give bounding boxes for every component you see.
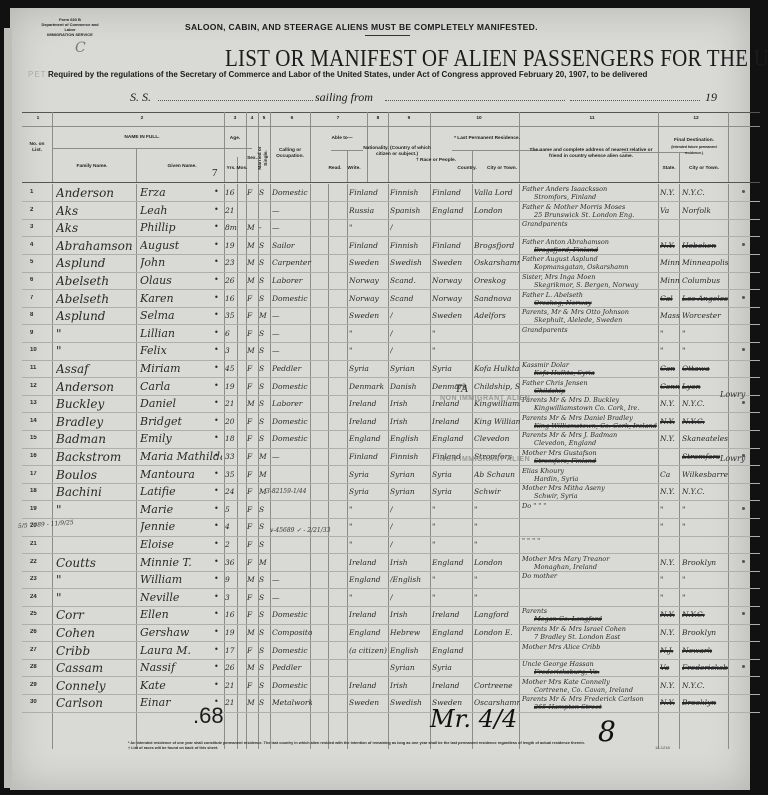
cell-sex: F bbox=[247, 593, 257, 602]
cell-state: " bbox=[660, 505, 680, 514]
cell-country: Finland bbox=[432, 188, 472, 197]
cell-sex: M bbox=[247, 258, 257, 267]
cell-relative: Mother Mrs Mary Treanor bbox=[522, 555, 657, 563]
cell-relative: Father Anton Abrahamson bbox=[522, 238, 657, 246]
cell-ms: S bbox=[259, 434, 269, 443]
row-dot-mark: • bbox=[214, 469, 219, 478]
cell-no: 8 bbox=[30, 312, 50, 318]
cell-race: Spanish bbox=[390, 206, 430, 215]
cell-country: England bbox=[432, 434, 472, 443]
cell-country: Syria bbox=[432, 364, 472, 373]
cell-dest: " bbox=[682, 346, 728, 355]
row-dot-mark: • bbox=[214, 205, 219, 214]
header-family-name: Family Name. bbox=[62, 164, 122, 170]
cell-relative: Grandparents bbox=[522, 326, 657, 334]
cell-ms: M bbox=[259, 558, 269, 567]
cell-relative-address: Monaghan, Ireland bbox=[534, 563, 597, 571]
cell-sex: F bbox=[247, 522, 257, 531]
cell-sex: F bbox=[247, 505, 257, 514]
cell-dest: Ottawa bbox=[682, 364, 728, 373]
cell-no: 24 bbox=[30, 594, 50, 600]
cell-sex: F bbox=[247, 540, 257, 549]
cell-city: Clevedon bbox=[474, 434, 520, 443]
cell-city: " bbox=[474, 575, 520, 584]
table-row: 28CassamNassif26MSPeddlerSyrianSyriaUncl… bbox=[22, 659, 760, 677]
cell-age: 3 bbox=[225, 593, 245, 602]
cell-relative: Father Chris Jensen bbox=[522, 379, 657, 387]
table-row: 19"Marie5FS"/""Do " " """• bbox=[22, 501, 760, 519]
cell-ms: S bbox=[259, 698, 269, 707]
cell-sex: M bbox=[247, 241, 257, 250]
port-field bbox=[385, 100, 565, 101]
cell-relative-address: Kingwilliamstown Co. Cork, Ire. bbox=[534, 404, 639, 412]
cell-country: Norway bbox=[432, 276, 472, 285]
cell-family: Cassam bbox=[56, 661, 136, 675]
cell-family: Badman bbox=[56, 432, 136, 446]
cell-age: 24 bbox=[225, 487, 245, 496]
cell-family: Connely bbox=[56, 679, 136, 693]
cell-sex: F bbox=[247, 610, 257, 619]
cell-occupation: — bbox=[272, 223, 312, 232]
cell-occupation: Domestic bbox=[272, 294, 312, 303]
row-dot-mark: • bbox=[214, 328, 219, 337]
cell-sex: F bbox=[247, 487, 257, 496]
col-num-6: 6 bbox=[282, 116, 302, 122]
cell-relative: Parents Mr & Mrs Israel Cohen bbox=[522, 625, 657, 633]
cell-age: 20 bbox=[225, 417, 245, 426]
header-age: Age. bbox=[226, 136, 244, 142]
cell-no: 9 bbox=[30, 330, 50, 336]
cell-occupation: Domestic bbox=[272, 434, 312, 443]
cell-city: Kofa Hulkta bbox=[474, 364, 520, 373]
cell-city: " bbox=[474, 505, 520, 514]
lowry-note-1: Lowry bbox=[720, 390, 745, 399]
cell-race: Irish bbox=[390, 417, 430, 426]
table-row: 8AsplundSelma35FM—Sweden/SwedenAdelforsP… bbox=[22, 307, 760, 325]
cell-family: " bbox=[56, 591, 136, 605]
cell-state: Va bbox=[660, 206, 680, 215]
cell-dest: " bbox=[682, 329, 728, 338]
cell-city: Valla Lord bbox=[474, 188, 520, 197]
cell-relative: Uncle George Hassan bbox=[522, 660, 657, 668]
header-city: City or Town. bbox=[482, 166, 522, 172]
cell-dest: Skaneateles bbox=[682, 434, 728, 443]
cell-ms: S bbox=[259, 399, 269, 408]
row-dot-mark: • bbox=[214, 557, 219, 566]
cell-relative: Parents, Mr & Mrs Otto Johnson bbox=[522, 308, 657, 316]
cell-age: 21 bbox=[225, 681, 245, 690]
cell-state: Cal bbox=[660, 294, 680, 303]
cell-age: 16 bbox=[225, 294, 245, 303]
cell-no: 29 bbox=[30, 682, 50, 688]
cell-country: England bbox=[432, 646, 472, 655]
cell-country: Finland bbox=[432, 241, 472, 250]
cell-occupation: Compositor bbox=[272, 628, 312, 637]
cell-relative-address: Schwir, Syria bbox=[534, 492, 578, 500]
cell-age: 26 bbox=[225, 663, 245, 672]
cell-age: 36 bbox=[225, 558, 245, 567]
banner: SALOON, CABIN, AND STEERAGE ALIENS MUST … bbox=[185, 22, 538, 32]
cell-state: Ca bbox=[660, 470, 680, 479]
cell-state: " bbox=[660, 346, 680, 355]
cell-nationality: Finland bbox=[349, 188, 389, 197]
cell-city: Adelfors bbox=[474, 311, 520, 320]
table-row: 29ConnelyKate21FSDomesticIrelandIrishIre… bbox=[22, 677, 760, 695]
cell-family: Abelseth bbox=[56, 274, 136, 288]
cell-ms: M bbox=[259, 311, 269, 320]
cell-city: Oreskog bbox=[474, 276, 520, 285]
cell-dest: Brooklyn bbox=[682, 558, 728, 567]
cell-sex: F bbox=[247, 311, 257, 320]
cell-age: 16 bbox=[225, 188, 245, 197]
table-row: 27CribbLaura M.17FSDomestic(a citizen)En… bbox=[22, 642, 760, 660]
cell-race: Syrian bbox=[390, 487, 430, 496]
cell-state: " bbox=[660, 329, 680, 338]
cell-occupation: Domestic bbox=[272, 646, 312, 655]
cell-occupation: Peddler bbox=[272, 364, 312, 373]
cell-dest: N.Y.C. bbox=[682, 610, 728, 619]
cell-relative: Do mother bbox=[522, 572, 657, 580]
cell-nationality: Norway bbox=[349, 276, 389, 285]
cell-relative-address: 7 Bradley St. London East bbox=[534, 633, 620, 641]
cell-race: Irish bbox=[390, 681, 430, 690]
cell-nationality: Finland bbox=[349, 241, 389, 250]
cell-given: Lillian bbox=[140, 327, 222, 340]
cell-nationality: " bbox=[349, 593, 389, 602]
table-row: 14BradleyBridget20FSDomesticIrelandIrish… bbox=[22, 413, 760, 431]
col-num-7: 7 bbox=[328, 116, 348, 122]
cell-family: Backstrom bbox=[56, 450, 136, 464]
cell-sex: F bbox=[247, 294, 257, 303]
row-dot-mark: • bbox=[214, 293, 219, 302]
cell-ms: S bbox=[259, 593, 269, 602]
cell-sex: F bbox=[247, 434, 257, 443]
row-dot-mark: • bbox=[214, 275, 219, 284]
cell-race: Danish bbox=[390, 382, 430, 391]
col-num-10: 10 bbox=[469, 116, 489, 122]
table-row: 21Eloise2FS"/""" " " "• bbox=[22, 536, 760, 554]
cell-country: " bbox=[432, 575, 472, 584]
cell-state: N.Y. bbox=[660, 610, 680, 619]
cell-race: Finnish bbox=[390, 452, 430, 461]
cell-nationality: Ireland bbox=[349, 417, 389, 426]
col-num-11: 11 bbox=[582, 116, 602, 122]
cell-state: " bbox=[660, 575, 680, 584]
table-row: 12AndersonCarla19FSDomesticDenmarkDanish… bbox=[22, 378, 760, 396]
header-calling: Calling or Occupation. bbox=[272, 148, 308, 160]
col-num-3: 3 bbox=[228, 116, 242, 122]
cell-relative: Mother Mrs Gustafson bbox=[522, 449, 657, 457]
table-row: 24"Neville3FS—"/""""• bbox=[22, 589, 760, 607]
cell-given: Selma bbox=[140, 309, 222, 322]
cell-given: Carla bbox=[140, 380, 222, 393]
cell-country: Ireland bbox=[432, 681, 472, 690]
cell-occupation: Metalworker bbox=[272, 698, 312, 707]
cell-nationality: Syria bbox=[349, 470, 389, 479]
cell-city: King Williamstown bbox=[474, 417, 520, 426]
cell-ms: S bbox=[259, 628, 269, 637]
header-given-name: Given Name. bbox=[147, 164, 217, 170]
cell-ms: S bbox=[259, 540, 269, 549]
cell-nationality: Norway bbox=[349, 294, 389, 303]
cell-country: " bbox=[432, 540, 472, 549]
cell-occupation: Domestic bbox=[272, 681, 312, 690]
cell-age: 21 bbox=[225, 399, 245, 408]
cell-race: / bbox=[390, 223, 430, 232]
cell-city: London E. bbox=[474, 628, 520, 637]
cell-dest: Hoboken bbox=[682, 241, 728, 250]
header-read: Read. bbox=[326, 166, 344, 172]
cell-no: 17 bbox=[30, 471, 50, 477]
cell-relative: Parents Mr & Mrs D. Buckley bbox=[522, 396, 657, 404]
cell-no: 18 bbox=[30, 488, 50, 494]
margin-dot bbox=[742, 296, 745, 299]
cell-occupation: Carpenter bbox=[272, 258, 312, 267]
cell-country: Sweden bbox=[432, 311, 472, 320]
cell-country: " bbox=[432, 346, 472, 355]
table-row: 26CohenGershaw19MSCompositorEnglandHebre… bbox=[22, 624, 760, 642]
cell-nationality: Finland bbox=[349, 452, 389, 461]
cell-no: 5 bbox=[30, 259, 50, 265]
cell-relative: Father L. Abelseth bbox=[522, 291, 657, 299]
cell-no: 14 bbox=[30, 418, 50, 424]
cell-no: 7 bbox=[30, 295, 50, 301]
table-row: 30CarlsonEinar21MSMetalworkerSwedenSwedi… bbox=[22, 694, 760, 712]
cell-sex: F bbox=[247, 417, 257, 426]
cell-no: 1 bbox=[30, 189, 50, 195]
ss-label: S. S. bbox=[130, 90, 151, 105]
cell-given: Erza bbox=[140, 186, 222, 199]
cell-given: Ellen bbox=[140, 608, 222, 621]
cell-relative-address: Stromfors, Finland bbox=[534, 457, 596, 465]
row-dot-mark: • bbox=[214, 645, 219, 654]
row-dot-mark: • bbox=[214, 433, 219, 442]
cell-age: 5 bbox=[225, 505, 245, 514]
cell-state: Mass bbox=[660, 311, 680, 320]
row-dot-mark: • bbox=[214, 680, 219, 689]
cell-given: Emily bbox=[140, 432, 222, 445]
cell-ms: S bbox=[259, 329, 269, 338]
header-last-residence: * Last Permanent Residence. bbox=[452, 136, 522, 142]
cell-family: Asplund bbox=[56, 309, 136, 323]
margin-dot bbox=[742, 507, 745, 510]
cell-race: English bbox=[390, 646, 430, 655]
header-final-destination-note: (Intended future permanent residence.) bbox=[662, 144, 726, 156]
cell-no: 27 bbox=[30, 647, 50, 653]
cell-race: Syrian bbox=[390, 364, 430, 373]
cell-given: Jennie bbox=[140, 520, 222, 533]
cell-city: Sandnova bbox=[474, 294, 520, 303]
cell-relative: Father August Asplund bbox=[522, 255, 657, 263]
cell-dest: Los Angeles bbox=[682, 294, 728, 303]
row-dot-mark: • bbox=[214, 257, 219, 266]
bottom-number: .68 bbox=[193, 703, 224, 729]
header-dest-city: City or Town. bbox=[682, 166, 726, 172]
cell-given: Felix bbox=[140, 344, 222, 357]
cell-city: Oskarshamn bbox=[474, 258, 520, 267]
cell-no: 13 bbox=[30, 400, 50, 406]
header-country: Country. bbox=[452, 166, 482, 172]
cell-sex: F bbox=[247, 329, 257, 338]
header-mos: Mos. bbox=[236, 166, 248, 172]
cell-ms: S bbox=[259, 364, 269, 373]
cell-given: Gershaw bbox=[140, 626, 222, 639]
cell-nationality: Ireland bbox=[349, 558, 389, 567]
cell-dest: " bbox=[682, 575, 728, 584]
row-dot-mark: • bbox=[214, 486, 219, 495]
table-row: 16BackstromMaria Mathilda33FM—FinlandFin… bbox=[22, 448, 760, 466]
cell-dest: Minneapolis bbox=[682, 258, 728, 267]
cell-family: Asplund bbox=[56, 256, 136, 270]
cell-race: / bbox=[390, 311, 430, 320]
cell-occupation: Domestic bbox=[272, 610, 312, 619]
cell-dest: Fredericksburg bbox=[682, 663, 728, 672]
cell-ms: S bbox=[259, 417, 269, 426]
cell-dest: " bbox=[682, 593, 728, 602]
cell-city: Ab Schaun bbox=[474, 470, 520, 479]
cell-age: 26 bbox=[225, 276, 245, 285]
cell-sex: F bbox=[247, 470, 257, 479]
cell-age: 4 bbox=[225, 522, 245, 531]
cell-relative-address: Childship bbox=[534, 387, 565, 395]
cell-relative-address: Kopmansgatan, Oskarshamn bbox=[534, 263, 629, 271]
cell-country: Syria bbox=[432, 487, 472, 496]
cell-country: " bbox=[432, 329, 472, 338]
cell-family: Boulos bbox=[56, 468, 136, 482]
cell-occupation: Sailor bbox=[272, 241, 312, 250]
cell-state: " bbox=[660, 593, 680, 602]
cell-race: Hebrew bbox=[390, 628, 430, 637]
cell-relative: Grandparents bbox=[522, 220, 657, 228]
cell-relative: Sister, Mrs Inga Moen bbox=[522, 273, 657, 281]
cell-sex: M bbox=[247, 663, 257, 672]
header-no-on-list: No. on List. bbox=[24, 142, 50, 154]
cell-given: August bbox=[140, 239, 222, 252]
cell-relative: Mother Mrs Alice Cribb bbox=[522, 643, 657, 651]
row-dot-mark: • bbox=[214, 627, 219, 636]
cell-race: Scand bbox=[390, 294, 430, 303]
cell-state: N.J. bbox=[660, 646, 680, 655]
cell-country: Norway bbox=[432, 294, 472, 303]
cell-given: Marie bbox=[140, 503, 222, 516]
cell-race: Swedish bbox=[390, 258, 430, 267]
cell-ms: S bbox=[259, 382, 269, 391]
footnote-2: † List of races will be found on back of… bbox=[128, 745, 585, 749]
required-text: Required by the regulations of the Secre… bbox=[48, 70, 647, 79]
date-field bbox=[570, 100, 700, 101]
non-immigrant-stamp-2: NON IMMIGRANT ALIEN bbox=[440, 456, 530, 463]
cell-ms: S bbox=[259, 276, 269, 285]
cell-race: Irish bbox=[390, 399, 430, 408]
cell-nationality: Syria bbox=[349, 487, 389, 496]
cell-age: 33 bbox=[225, 452, 245, 461]
cell-family: Abrahamson bbox=[56, 239, 136, 253]
cell-nationality: Denmark bbox=[349, 382, 389, 391]
cell-ms: S bbox=[259, 522, 269, 531]
row-dot-mark: • bbox=[214, 398, 219, 407]
faint-stamp: PET bbox=[28, 70, 47, 79]
cell-state: Minn bbox=[660, 276, 680, 285]
cell-city: Schwir bbox=[474, 487, 520, 496]
table-row: 17BoulosMantoura35FMSyriaSyrianSyriaAb S… bbox=[22, 466, 760, 484]
cell-ms: S bbox=[259, 646, 269, 655]
cell-age: 18 bbox=[225, 434, 245, 443]
cell-nationality: Sweden bbox=[349, 258, 389, 267]
cell-occupation: — bbox=[272, 346, 312, 355]
cell-age: 35 bbox=[225, 311, 245, 320]
margin-dot bbox=[742, 190, 745, 193]
cell-state: N.Y. bbox=[660, 628, 680, 637]
cell-age: 23 bbox=[225, 258, 245, 267]
table-row: 7AbelsethKaren16FSDomesticNorwayScandNor… bbox=[22, 290, 760, 308]
cell-race: / bbox=[390, 505, 430, 514]
row-dot-mark: • bbox=[214, 574, 219, 583]
cell-country: England bbox=[432, 628, 472, 637]
column-headers: 1 2 3 4 5 6 7 8 9 10 11 12 No. on List. … bbox=[22, 112, 760, 182]
cell-ms: S bbox=[259, 575, 269, 584]
table-row: 22CouttsMinnie T.36FMIrelandIrishEngland… bbox=[22, 554, 760, 572]
sailing-label: sailing from bbox=[315, 90, 373, 105]
margin-dot bbox=[742, 243, 745, 246]
cell-no: 21 bbox=[30, 541, 50, 547]
cell-dest: N.Y.C. bbox=[682, 188, 728, 197]
cell-relative: Parents bbox=[522, 607, 657, 615]
cell-nationality: " bbox=[349, 223, 389, 232]
cell-no: 6 bbox=[30, 277, 50, 283]
cell-nationality: " bbox=[349, 329, 389, 338]
cell-state: Can bbox=[660, 364, 680, 373]
cell-sex: F bbox=[247, 364, 257, 373]
cell-ms: S bbox=[259, 241, 269, 250]
header-state: State. bbox=[658, 166, 680, 172]
cell-relative: Father & Mother Morris Moses bbox=[522, 203, 657, 211]
cell-family: Bachini bbox=[56, 485, 136, 499]
cell-country: Ireland bbox=[432, 610, 472, 619]
cell-relative: " " " " bbox=[522, 537, 657, 545]
cell-age: 19 bbox=[225, 382, 245, 391]
cell-race: /English bbox=[390, 575, 430, 584]
cell-occupation: Domestic bbox=[272, 417, 312, 426]
table-row: 5AsplundJohn23MSCarpenterSwedenSwedishSw… bbox=[22, 254, 760, 272]
col-num-2: 2 bbox=[132, 116, 152, 122]
cell-ms: S bbox=[259, 610, 269, 619]
cell-dest: Wilkesbarre bbox=[682, 470, 728, 479]
page-title: LIST OR MANIFEST OF ALIEN PASSENGERS FOR… bbox=[225, 44, 768, 73]
cell-nationality: Sweden bbox=[349, 311, 389, 320]
margin-dot bbox=[742, 454, 745, 457]
cell-family: Buckley bbox=[56, 397, 136, 411]
cell-country: " bbox=[432, 522, 472, 531]
cell-family: " bbox=[56, 573, 136, 587]
cell-no: 4 bbox=[30, 242, 50, 248]
cell-family: Bradley bbox=[56, 415, 136, 429]
cell-sex: M bbox=[247, 698, 257, 707]
table-row: 6AbelsethOlaus26MSLaborerNorwayScand.Nor… bbox=[22, 272, 760, 290]
cell-dest: Columbus bbox=[682, 276, 728, 285]
cell-age: 35 bbox=[225, 470, 245, 479]
cell-dest: N.Y.C. bbox=[682, 487, 728, 496]
table-row: 20Jennie4FS"/""""• bbox=[22, 518, 760, 536]
cell-relative-address: Mogan Co. Longford bbox=[534, 615, 602, 623]
cell-relative-address: Brogsfjord, Finland bbox=[534, 246, 598, 254]
cell-family: Corr bbox=[56, 608, 136, 622]
table-row: 25CorrEllen16FSDomesticIrelandIrishIrela… bbox=[22, 606, 760, 624]
cell-relative: Kassmir Dolar bbox=[522, 361, 657, 369]
cell-given: Maria Mathilda bbox=[140, 450, 222, 463]
cell-race: / bbox=[390, 540, 430, 549]
form-code: 12-1218 bbox=[655, 745, 670, 750]
cell-sex: M bbox=[247, 346, 257, 355]
